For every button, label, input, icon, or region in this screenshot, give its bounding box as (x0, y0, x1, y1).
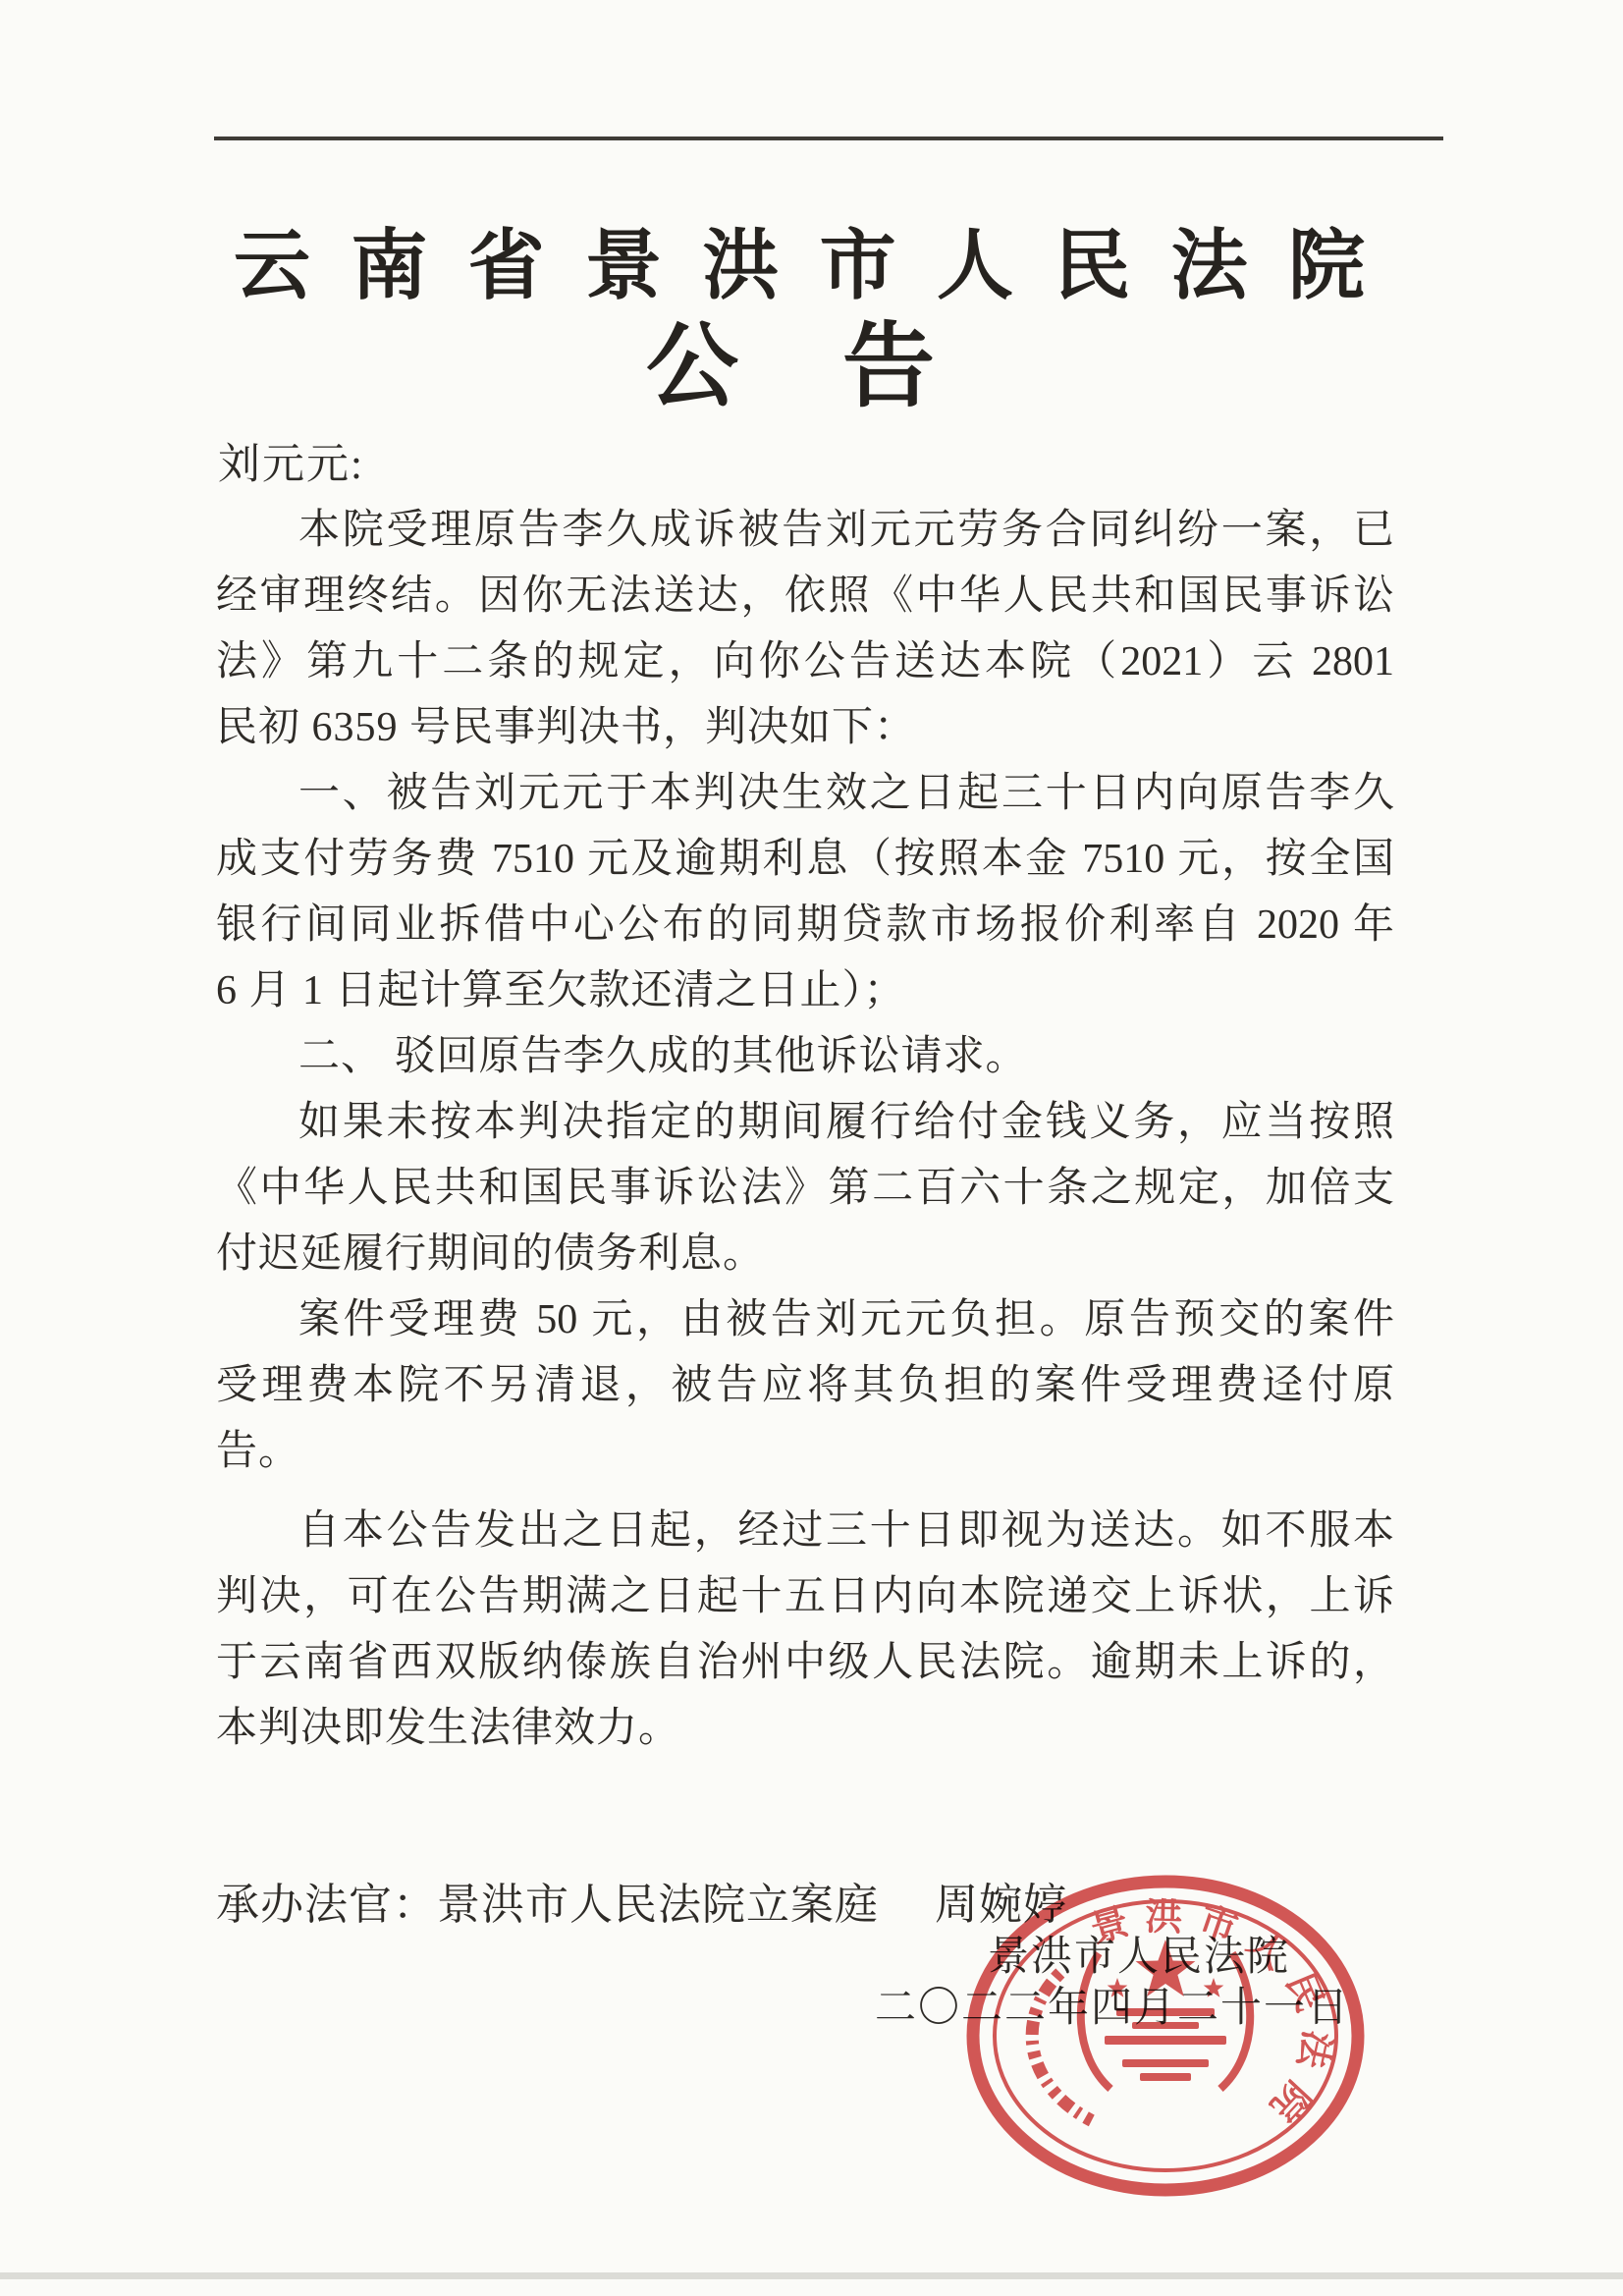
body-line: 告。 (216, 1419, 1394, 1485)
body-line: 成支付劳务费 7510 元及逾期利息（按照本金 7510 元，按全国 (216, 827, 1394, 893)
seal-gate-base (1122, 2059, 1209, 2067)
document-page: 云南省景洪市人民法院 公 告 刘元元: 本院受理原告李久成诉被告刘元元劳务合同纠… (0, 0, 1623, 2296)
body-text: 本院受理原告李久成诉被告刘元元劳务合同纠纷一案，已经审理终结。因你无法送达，依照… (216, 498, 1394, 1762)
body-line: 如果未按本判决指定的期间履行给付金钱义务，应当按照 (216, 1090, 1394, 1156)
body-line: 6 月 1 日起计算至欠款还清之日止）； (216, 958, 1394, 1024)
body-line: 法》第九十二条的规定，向你公告送达本院（2021）云 2801 (216, 629, 1394, 695)
body-line: 于云南省西双版纳傣族自治州中级人民法院。逾期未上诉的， (216, 1630, 1394, 1696)
judge-line: 承办法官：景洪市人民法院立案庭 周婉婷 (216, 1874, 1067, 1937)
recipient-name: 刘元元: (218, 434, 364, 497)
signature-court-name: 景洪市人民法院 (988, 1928, 1290, 1987)
body-line: 付迟延履行期间的债务利息。 (216, 1222, 1394, 1287)
body-line: 判决，可在公告期满之日起十五日内向本院递交上诉状，上诉 (216, 1564, 1394, 1630)
body-line: 本院受理原告李久成诉被告刘元元劳务合同纠纷一案，已 (216, 498, 1394, 564)
body-line: 案件受理费 50 元，由被告刘元元负担。原告预交的案件 (216, 1287, 1394, 1353)
top-rule (214, 137, 1443, 140)
body-line: 受理费本院不另清退，被告应将其负担的案件受理费迳付原 (216, 1353, 1394, 1419)
body-line: 民初 6359 号民事判决书，判决如下： (216, 695, 1394, 761)
court-name-title: 云南省景洪市人民法院 (234, 222, 1365, 310)
signature-date: 二〇二二年四月二十一日 (875, 1979, 1350, 2038)
body-line: 本判决即发生法律效力。 (216, 1696, 1394, 1762)
scan-edge-shadow (0, 2272, 1623, 2279)
body-line: 银行间同业拆借中心公布的同期贷款市场报价利率自 2020 年 (216, 893, 1394, 958)
body-line: 经审理终结。因你无法送达，依照《中华人民共和国民事诉讼 (216, 564, 1394, 629)
body-line: 一、被告刘元元于本判决生效之日起三十日内向原告李久 (216, 761, 1394, 827)
announcement-title: 公 告 (204, 312, 1382, 422)
body-line: 二、 驳回原告李久成的其他诉讼请求。 (216, 1024, 1394, 1090)
body-line: 《中华人民共和国民事诉讼法》第二百六十条之规定，加倍支 (216, 1156, 1394, 1222)
body-line: 自本公告发出之日起，经过三十日即视为送达。如不服本 (216, 1499, 1394, 1564)
seal-gate-ribbon (1140, 2073, 1191, 2081)
